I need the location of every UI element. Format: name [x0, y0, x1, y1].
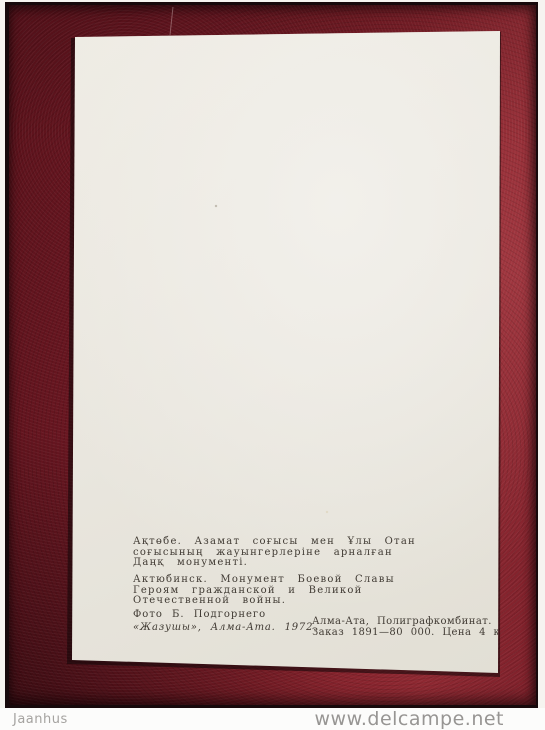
- russian-caption-line-1: Актюбинск. Монумент Боевой Славы: [133, 575, 395, 586]
- postcard-back: Ақтөбе. Азамат соғысы мен Ұлы Отан соғыс…: [0, 0, 545, 730]
- russian-caption-line-3: Отечественной войны.: [133, 596, 395, 607]
- kazakh-caption-line-1: Ақтөбе. Азамат соғысы мен Ұлы Отан: [133, 537, 416, 548]
- publisher-line: «Жазушы», Алма-Ата. 1972.: [133, 623, 317, 634]
- print-imprint: Алма-Ата, Полиграфкомбинат. Заказ 1891—8…: [312, 617, 517, 639]
- photo-credit: Фото Б. Подгорнего: [133, 610, 266, 621]
- imprint-line-2: Заказ 1891—80 000. Цена 4 коп.: [312, 628, 517, 639]
- postcard-photo-scene: Ақтөбе. Азамат соғысы мен Ұлы Отан соғыс…: [0, 0, 545, 730]
- russian-caption: Актюбинск. Монумент Боевой Славы Героям …: [133, 575, 395, 607]
- watermark-strip: Jaanhus www.delcampe.net: [0, 708, 545, 730]
- kazakh-caption-line-3: Даңқ монументі.: [133, 558, 416, 569]
- leather-scratch: [170, 7, 174, 35]
- kazakh-caption: Ақтөбе. Азамат соғысы мен Ұлы Отан соғыс…: [133, 537, 416, 569]
- watermark-jaanhus: Jaanhus: [13, 712, 68, 727]
- watermark-delcampe: www.delcampe.net: [314, 708, 504, 730]
